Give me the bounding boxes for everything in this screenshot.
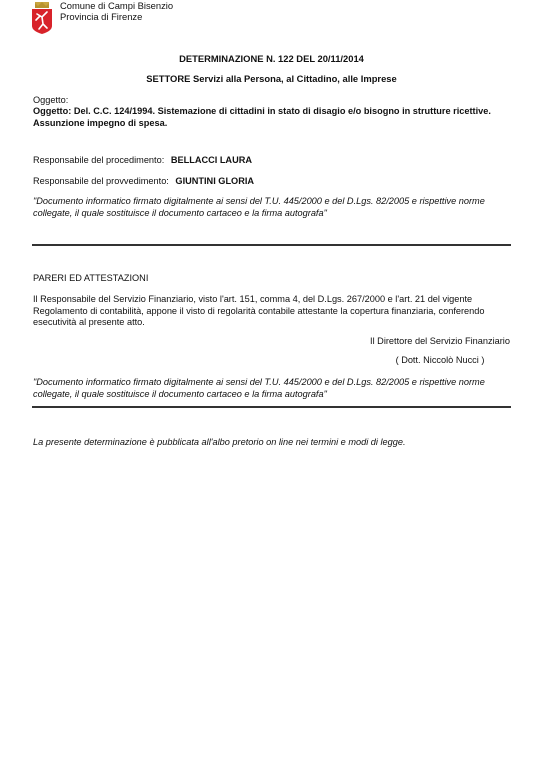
oggetto-text: Oggetto: Del. C.C. 124/1994. Sistemazion…: [33, 106, 513, 129]
municipal-crest-icon: [31, 2, 53, 34]
publication-note: La presente determinazione è pubblicata …: [33, 437, 513, 449]
pareri-body: Il Responsabile del Servizio Finanziario…: [33, 294, 513, 329]
signer-role: Il Direttore del Servizio Finanziario: [360, 336, 520, 346]
settore-value: Servizi alla Persona, al Cittadino, alle…: [193, 73, 397, 84]
settore-line: SETTORE Servizi alla Persona, al Cittadi…: [0, 73, 543, 84]
signature-note: "Documento informatico firmato digitalme…: [33, 196, 513, 219]
responsabile-procedimento-value: BELLACCI LAURA: [171, 155, 252, 165]
section-divider: [32, 406, 511, 408]
responsabile-procedimento-label: Responsabile del procedimento:: [33, 155, 164, 165]
document-header: Comune di Campi Bisenzio Provincia di Fi…: [60, 0, 173, 22]
responsabile-provvedimento-value: GIUNTINI GLORIA: [175, 176, 254, 186]
oggetto-label: Oggetto:: [33, 95, 68, 105]
province-name: Provincia di Firenze: [60, 11, 173, 22]
document-title: DETERMINAZIONE N. 122 DEL 20/11/2014: [0, 53, 543, 64]
pareri-heading: PARERI ED ATTESTAZIONI: [33, 273, 513, 285]
responsabile-provvedimento: Responsabile del provvedimento: GIUNTINI…: [33, 176, 254, 186]
signer-name: ( Dott. Niccolò Nucci ): [360, 355, 520, 365]
municipality-name: Comune di Campi Bisenzio: [60, 0, 173, 11]
settore-label: SETTORE: [146, 73, 190, 84]
responsabile-provvedimento-label: Responsabile del provvedimento:: [33, 176, 169, 186]
signature-note: "Documento informatico firmato digitalme…: [33, 377, 513, 400]
responsabile-procedimento: Responsabile del procedimento: BELLACCI …: [33, 155, 252, 165]
section-divider: [32, 244, 511, 246]
